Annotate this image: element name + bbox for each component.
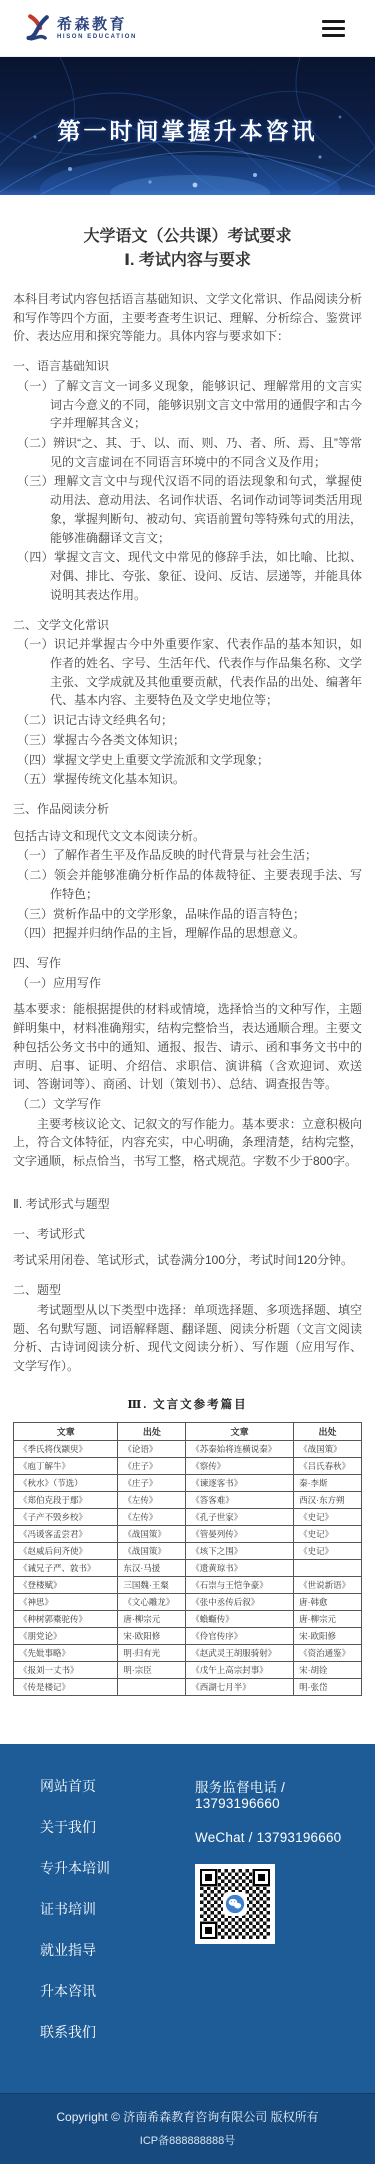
table-row: 《季氏将伐颛臾》 《论语》 《苏秦始将连横说秦》 《战国策》: [14, 1440, 362, 1457]
brand-name: 希森教育: [57, 16, 137, 33]
qr-finder-icon: [200, 1869, 217, 1886]
table-cell-source: 唐·柳宗元: [294, 1610, 362, 1627]
hamburger-bar: [322, 27, 345, 30]
table-cell-source: 《史记》: [294, 1525, 362, 1542]
wechat-qr-code: [195, 1864, 275, 1944]
hero-title: 第一时间掌握升本咨讯: [58, 113, 318, 146]
table-row: 《赵威后问齐使》 《战国策》 《垓下之围》 《史记》: [14, 1542, 362, 1559]
table-row: 《报刘一丈书》 明·宗臣 《戊午上高宗封事》 宋·胡铨: [14, 1661, 362, 1678]
footer-link[interactable]: 关于我们: [40, 1817, 96, 1837]
doc-paragraph: 考试题型从以下类型中选择：单项选择题、多项选择题、填空题、名句默写题、词语解释题…: [13, 1301, 362, 1376]
table-cell-article: 《垓下之围》: [186, 1542, 294, 1559]
table-cell-source: 秦·李斯: [294, 1474, 362, 1491]
service-phone: 服务监督电话 / 13793196660: [195, 1776, 357, 1811]
site-header: 希森教育 HISON EDUCATION: [0, 0, 375, 57]
table-row: 《郑伯克段于鄢》 《左传》 《答客难》 西汉·东方朔: [14, 1491, 362, 1508]
table-cell-article: 《张中丞传后叙》: [186, 1593, 294, 1610]
doc-paragraph: 二、题型: [13, 1281, 362, 1300]
table-header-cell: 文章: [186, 1422, 294, 1440]
table-cell-source: 《战国策》: [294, 1440, 362, 1457]
brand-logo[interactable]: 希森教育 HISON EDUCATION: [26, 13, 137, 43]
doc-paragraph: （三）掌握古今各类文体知识；: [13, 731, 362, 750]
table-cell-source: 宋·胡铨: [294, 1661, 362, 1678]
doc-paragraph: （四）把握并归纳作品的主旨，理解作品的思想意义。: [13, 924, 362, 943]
footer-content: 网站首页关于我们专升本培训证书培训就业指导升本咨讯联系我们 服务监督电话 / 1…: [0, 1744, 375, 2093]
table-header-cell: 出处: [118, 1422, 186, 1440]
table-cell-source: 《庄子》: [118, 1457, 186, 1474]
table-cell-source: 宋·欧阳修: [118, 1627, 186, 1644]
doc-subtitle: Ⅰ. 考试内容与要求: [13, 249, 362, 273]
table-cell-source: 西汉·东方朔: [294, 1491, 362, 1508]
wechat-contact: WeChat / 13793196660: [195, 1830, 357, 1845]
footer-link[interactable]: 就业指导: [40, 1940, 96, 1960]
table-cell-source: [294, 1559, 362, 1576]
table-cell-article: 《报刘一丈书》: [14, 1661, 118, 1678]
table-cell-article: 《赵武灵王胡服骑射》: [186, 1644, 294, 1661]
doc-paragraph: 考试采用闭卷、笔试形式，试卷满分100分，考试时间120分钟。: [13, 1251, 362, 1270]
table-cell-source: 唐·柳宗元: [118, 1610, 186, 1627]
doc-paragraph: （一）识记并掌握古今中外重要作家、代表作品的基本知识，如作者的姓名、字号、生活年…: [13, 635, 362, 710]
table-cell-source: 《论语》: [118, 1440, 186, 1457]
table-row: 《种树郭橐驼传》 唐·柳宗元 《蝜蝂传》 唐·柳宗元: [14, 1610, 362, 1627]
doc-paragraph: 四、写作: [13, 954, 362, 973]
table-cell-article: 《冯谖客孟尝君》: [14, 1525, 118, 1542]
doc-paragraph: （四）掌握文学史上重要文学流派和文学现象；: [13, 751, 362, 770]
table-cell-article: 《秋水》（节选）: [14, 1474, 118, 1491]
table-cell-source: 宋·欧阳修: [294, 1627, 362, 1644]
table-cell-article: 《传是楼记》: [14, 1678, 118, 1695]
table-cell-article: 《季氏将伐颛臾》: [14, 1440, 118, 1457]
reference-table: 文章出处文章出处 《季氏将伐颛臾》 《论语》 《苏秦始将连横说秦》 《战国策》 …: [13, 1422, 362, 1696]
table-cell-article: 《诫兄子严、敦书》: [14, 1559, 118, 1576]
table-row: 《子产不毁乡校》 《左传》 《孔子世家》 《史记》: [14, 1508, 362, 1525]
table-cell-source: 明·张岱: [294, 1678, 362, 1695]
article: 大学语文（公共课）考试要求 Ⅰ. 考试内容与要求 本科目考试内容包括语言基础知识…: [0, 195, 375, 1720]
table-row: 《秋水》（节选） 《庄子》 《谏逐客书》 秦·李斯: [14, 1474, 362, 1491]
table-cell-article: 《苏秦始将连横说秦》: [186, 1440, 294, 1457]
doc-paragraph: 三、作品阅读分析: [13, 800, 362, 819]
table-header-row: 文章出处文章出处: [14, 1422, 362, 1440]
table-cell-source: 《战国策》: [118, 1542, 186, 1559]
site-footer: 网站首页关于我们专升本培训证书培训就业指导升本咨讯联系我们 服务监督电话 / 1…: [0, 1744, 375, 2164]
table-cell-source: [118, 1678, 186, 1695]
doc-paragraph: Ⅱ. 考试形式与题型: [13, 1195, 362, 1214]
copyright-text: Copyright © 济南希森教育咨询有限公司 版权所有: [10, 2108, 365, 2125]
table-row: 《先妣事略》 明·归有光 《赵武灵王胡服骑射》 《资治通鉴》: [14, 1644, 362, 1661]
table-cell-article: 《蝜蝂传》: [186, 1610, 294, 1627]
doc-paragraph: 一、考试形式: [13, 1225, 362, 1244]
brand-logo-icon: [26, 13, 51, 43]
footer-link[interactable]: 联系我们: [40, 2022, 96, 2042]
table-row: 《传是楼记》 《西湖七月半》 明·张岱: [14, 1678, 362, 1695]
doc-paragraph: （五）掌握传统文化基本知识。: [13, 770, 362, 789]
copyright-bar: Copyright © 济南希森教育咨询有限公司 版权所有 ICP备888888…: [0, 2093, 375, 2164]
table-cell-article: 《先妣事略》: [14, 1644, 118, 1661]
doc-paragraph: 主要考核议论文、记叙文的写作能力。基本要求：立意积极向上，符合文体特征，内容充实…: [13, 1115, 362, 1171]
wechat-icon: [223, 1892, 247, 1916]
doc-paragraph: （二）领会并能够准确分析作品的体裁特征、主要表现手法、写作特色；: [13, 866, 362, 903]
table-row: 《诫兄子严、敦书》 东汉·马援 《遗黄琼书》: [14, 1559, 362, 1576]
footer-link[interactable]: 专升本培训: [40, 1858, 110, 1878]
doc-paragraph: 基本要求：能根据提供的材料或情境，选择恰当的文种写作，主题鲜明集中，材料准确翔实…: [13, 1000, 362, 1094]
table-cell-source: 《庄子》: [118, 1474, 186, 1491]
table-cell-source: 三国魏·王粲: [118, 1576, 186, 1593]
table-cell-article: 《朋党论》: [14, 1627, 118, 1644]
table-cell-article: 《赵威后问齐使》: [14, 1542, 118, 1559]
table-cell-source: 《左传》: [118, 1508, 186, 1525]
table-cell-article: 《庖丁解牛》: [14, 1457, 118, 1474]
hamburger-bar: [322, 34, 345, 37]
table-cell-source: 《史记》: [294, 1542, 362, 1559]
table-row: 《冯谖客孟尝君》 《战国策》 《管晏列传》 《史记》: [14, 1525, 362, 1542]
doc-paragraph: （一）了解文言文一词多义现象，能够识记、理解常用的文言实词古今意义的不同，能够识…: [13, 377, 362, 433]
table-row: 《朋党论》 宋·欧阳修 《伶官传序》 宋·欧阳修: [14, 1627, 362, 1644]
footer-link[interactable]: 网站首页: [40, 1776, 96, 1796]
table-cell-article: 《戊午上高宗封事》: [186, 1661, 294, 1678]
doc-paragraph: （二）文学写作: [13, 1095, 362, 1114]
brand-subtitle: HISON EDUCATION: [57, 34, 137, 40]
doc-paragraph: （二）辨识“之、其、于、以、而、则、乃、者、所、焉、且”等常见的文言虚词在不同语…: [13, 434, 362, 471]
hero-banner: 第一时间掌握升本咨讯: [0, 57, 375, 195]
doc-body: 本科目考试内容包括语言基础知识、文学文化常识、作品阅读分析和写作等四个方面，主要…: [13, 290, 362, 1376]
doc-paragraph: 一、语言基础知识: [13, 357, 362, 376]
hamburger-bar: [322, 20, 345, 23]
doc-paragraph: 包括古诗文和现代文文本阅读分析。: [13, 827, 362, 846]
table-cell-source: 《战国策》: [118, 1525, 186, 1542]
table-cell-source: 东汉·马援: [118, 1559, 186, 1576]
doc-paragraph: （四）掌握文言文、现代文中常见的修辞手法，如比喻、比拟、对偶、排比、夸张、象征、…: [13, 548, 362, 604]
table-cell-article: 《孔子世家》: [186, 1508, 294, 1525]
table-row: 《登楼赋》 三国魏·王粲 《石崇与王恺争豪》 《世说新语》: [14, 1576, 362, 1593]
table-cell-article: 《石崇与王恺争豪》: [186, 1576, 294, 1593]
table-header-cell: 文章: [14, 1422, 118, 1440]
table-cell-article: 《子产不毁乡校》: [14, 1508, 118, 1525]
table-cell-article: 《神思》: [14, 1593, 118, 1610]
table-cell-article: 《郑伯克段于鄢》: [14, 1491, 118, 1508]
table-cell-article: 《察传》: [186, 1457, 294, 1474]
doc-paragraph: （二）识记古诗文经典名句；: [13, 711, 362, 730]
table-cell-source: 《吕氏春秋》: [294, 1457, 362, 1474]
footer-link[interactable]: 证书培训: [40, 1899, 96, 1919]
doc-paragraph: 二、文学文化常识: [13, 616, 362, 635]
table-cell-source: 《资治通鉴》: [294, 1644, 362, 1661]
doc-paragraph: （三）理解文言文中与现代汉语不同的语法现象和句式，掌握使动用法、意动用法、名词作…: [13, 472, 362, 547]
table-cell-source: 明·归有光: [118, 1644, 186, 1661]
qr-finder-icon: [200, 1922, 217, 1939]
icp-number: ICP备888888888号: [10, 2132, 365, 2148]
table-cell-source: 《左传》: [118, 1491, 186, 1508]
table-caption: Ⅲ. 文言文参考篇目: [13, 1396, 362, 1412]
table-cell-source: 《史记》: [294, 1508, 362, 1525]
table-cell-article: 《答客难》: [186, 1491, 294, 1508]
table-cell-article: 《伶官传序》: [186, 1627, 294, 1644]
doc-paragraph: （三）赏析作品中的文学形象，品味作品的语言特色；: [13, 905, 362, 924]
table-cell-article: 《种树郭橐驼传》: [14, 1610, 118, 1627]
table-cell-article: 《登楼赋》: [14, 1576, 118, 1593]
footer-link[interactable]: 升本咨讯: [40, 1981, 96, 2001]
table-cell-source: 《世说新语》: [294, 1576, 362, 1593]
table-row: 《庖丁解牛》 《庄子》 《察传》 《吕氏春秋》: [14, 1457, 362, 1474]
table-cell-source: 明·宗臣: [118, 1661, 186, 1678]
table-cell-article: 《谏逐客书》: [186, 1474, 294, 1491]
footer-contact: 服务监督电话 / 13793196660 WeChat / 1379319666…: [195, 1776, 357, 2063]
qr-finder-icon: [253, 1869, 270, 1886]
doc-paragraph: （一）应用写作: [13, 974, 362, 993]
table-cell-source: 《文心雕龙》: [118, 1593, 186, 1610]
table-cell-article: 《西湖七月半》: [186, 1678, 294, 1695]
doc-title: 大学语文（公共课）考试要求: [13, 225, 362, 249]
table-cell-article: 《管晏列传》: [186, 1525, 294, 1542]
table-row: 《神思》 《文心雕龙》 《张中丞传后叙》 唐·韩愈: [14, 1593, 362, 1610]
footer-nav: 网站首页关于我们专升本培训证书培训就业指导升本咨讯联系我们: [40, 1776, 195, 2063]
doc-paragraph: 本科目考试内容包括语言基础知识、文学文化常识、作品阅读分析和写作等四个方面，主要…: [13, 290, 362, 346]
table-cell-article: 《遗黄琼书》: [186, 1559, 294, 1576]
table-header-cell: 出处: [294, 1422, 362, 1440]
hamburger-menu-button[interactable]: [322, 20, 345, 37]
table-cell-source: 唐·韩愈: [294, 1593, 362, 1610]
doc-paragraph: （一）了解作者生平及作品反映的时代背景与社会生活；: [13, 846, 362, 865]
